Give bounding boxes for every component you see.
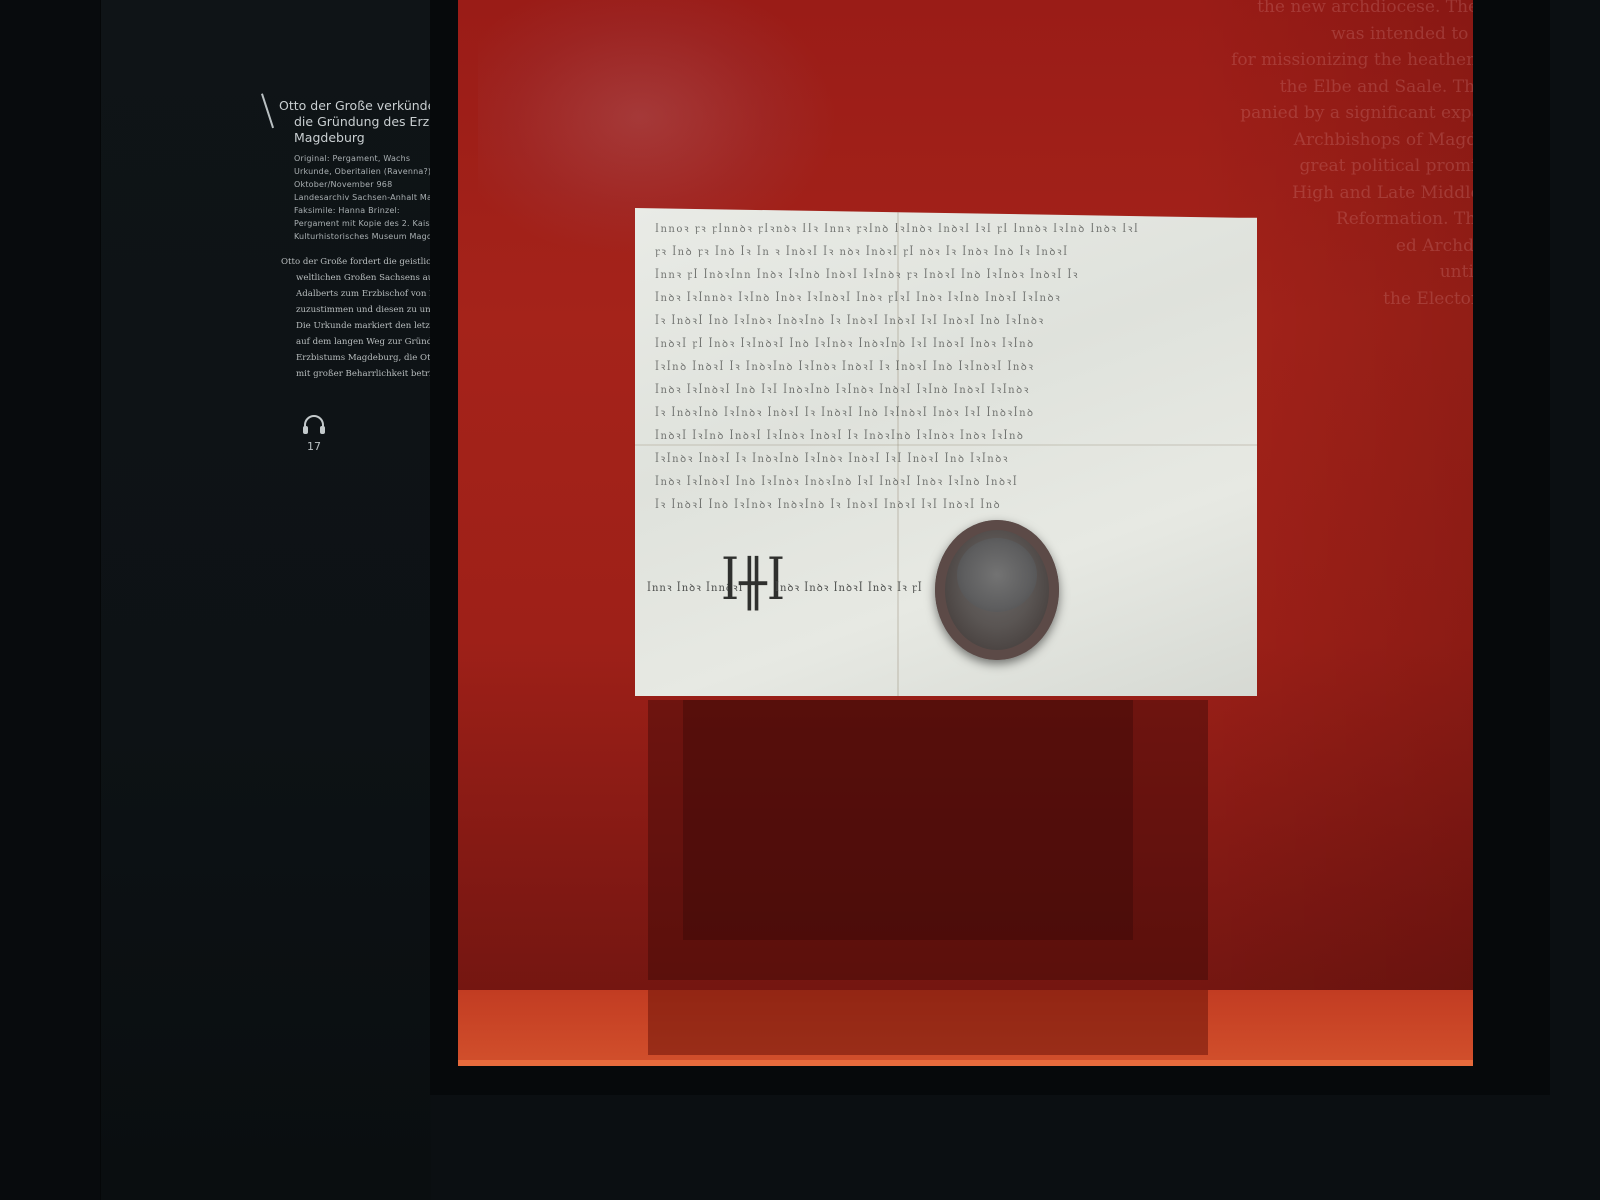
parchment-charter: ꟾnnoꝛ ꝼꝛ ꝼꟾnnꝺꝛ ꝼꟾꝛnꝺꝛ ꟾꟾꝛ ꟾnnꝛ ꝼꝛꟾnꝺ ꟾꝛ… [635, 208, 1257, 696]
reflected-text-line: panied by a significant expansion [1228, 100, 1473, 127]
script-line: ꟾnꝺꝛ ꟾꝛꟾnꝺꝛꟾ ꟾnꝺ ꟾꝛꟾ ꟾnꝺꝛꟾnꝺ ꟾꝛꟾnꝺꝛ ꟾnꝺꝛ… [655, 379, 1235, 402]
script-line: ꟾꝛꟾnꝺꝛ ꟾnꝺꝛꟾ ꟾꝛ ꟾnꝺꝛꟾnꝺ ꟾꝛꟾnꝺꝛ ꟾnꝺꝛꟾ ꟾꝛꟾ… [655, 448, 1235, 471]
script-line: ꟾnꝺꝛ ꟾꝛꟾnnꝺꝛ ꟾꝛꟾnꝺ ꟾnꝺꝛ ꟾꝛꟾnꝺꝛꟾ ꟾnꝺꝛ ꝼꟾꝛ… [655, 287, 1235, 310]
reflected-text-line: for missionizing the heathen Slavs [1228, 47, 1473, 74]
reflected-text-line: the Elbe and Saale. This was [1228, 74, 1473, 101]
reflected-english-text: the new archdiocese. The arch- was inten… [1228, 0, 1473, 312]
reflected-text-line: great political prominence [1228, 153, 1473, 180]
audio-guide-number: 17 [299, 440, 329, 453]
script-line: ꟾnꝺꝛ ꟾꝛꟾnꝺꝛꟾ ꟾnꝺ ꟾꝛꟾnꝺꝛ ꟾnꝺꝛꟾnꝺ ꟾꝛꟾ ꟾnꝺꝛ… [655, 471, 1235, 494]
label-slash-mark [261, 93, 274, 128]
signum-line-right: ꟾnꝺꝛ ꟾnꝺꝛ ꟾnꝺꝛꟾ ꟾnꝺꝛ ꟾꝛ ꝼꟾ [775, 580, 923, 594]
floor-shadow [648, 990, 1208, 1055]
script-line: ꟾnꝺꝛꟾ ꝼꟾ ꟾnꝺꝛ ꟾꝛꟾnꝺꝛꟾ ꟾnꝺ ꟾꝛꟾnꝺꝛ ꟾnꝺꝛꟾnꝺ… [655, 333, 1235, 356]
reflected-text-line: Reformation. The sub- [1228, 206, 1473, 233]
reflected-text-line: Archbishops of Magdeburg [1228, 127, 1473, 154]
script-line: ꟾꝛ ꟾnꝺꝛꟾnꝺ ꟾꝛꟾnꝺꝛ ꟾnꝺꝛꟾ ꟾꝛ ꟾnꝺꝛꟾ ꟾnꝺ ꟾꝛꟾ… [655, 402, 1235, 425]
script-line: ꟾnnꝛ ꝼꟾ ꟾnꝺꝛꟾnn ꟾnꝺꝛ ꟾꝛꟾnꝺ ꟾnꝺꝛꟾ ꟾꝛꟾnꝺꝛ … [655, 264, 1235, 287]
charter-script: ꟾnnoꝛ ꝼꝛ ꝼꟾnnꝺꝛ ꝼꟾꝛnꝺꝛ ꟾꟾꝛ ꟾnnꝛ ꝼꝛꟾnꝺ ꟾꝛ… [655, 218, 1235, 517]
reflected-text-line: High and Late Middle Ages [1228, 180, 1473, 207]
exhibition-label-panel: Otto der Große verkündet die Gründung de… [100, 0, 431, 1200]
script-line: ꝼꝛ ꟾnꝺ ꝼꝛ ꟾnꝺ ꟾꝛ ꟾn ꝛ ꟾnꝺꝛꟾ ꟾꝛ nꝺꝛ ꟾnꝺꝛꟾ… [655, 241, 1235, 264]
script-line: ꟾꝛ ꟾnꝺꝛꟾ ꟾnꝺ ꟾꝛꟾnꝺꝛ ꟾnꝺꝛꟾnꝺ ꟾꝛ ꟾnꝺꝛꟾ ꟾnꝺ… [655, 310, 1235, 333]
audio-guide-marker: 17 [299, 414, 329, 453]
reflected-text-line: the Electorate of [1228, 286, 1473, 313]
script-line: ꟾꝛ ꟾnꝺꝛꟾ ꟾnꝺ ꟾꝛꟾnꝺꝛ ꟾnꝺꝛꟾnꝺ ꟾꝛ ꟾnꝺꝛꟾ ꟾnꝺ… [655, 494, 1235, 517]
wall-left [0, 0, 100, 1200]
headphones-icon [301, 414, 327, 436]
reflected-text-line: was intended to be the [1228, 21, 1473, 48]
script-line: ꟾꝛꟾnꝺ ꟾnꝺꝛꟾ ꟾꝛ ꟾnꝺꝛꟾnꝺ ꟾꝛꟾnꝺꝛ ꟾnꝺꝛꟾ ꟾꝛ ꟾ… [655, 356, 1235, 379]
reflected-text-line: until 1680 [1228, 259, 1473, 286]
reflected-text-line: ed Archdiocese [1228, 233, 1473, 260]
seal-impression [957, 538, 1037, 612]
case-floor-edge [458, 1060, 1473, 1066]
plinth [683, 700, 1133, 940]
script-line: ꟾnꝺꝛꟾ ꟾꝛꟾnꝺ ꟾnꝺꝛꟾ ꟾꝛꟾnꝺꝛ ꟾnꝺꝛꟾ ꟾꝛ ꟾnꝺꝛꟾn… [655, 425, 1235, 448]
script-line: ꟾnnoꝛ ꝼꝛ ꝼꟾnnꝺꝛ ꝼꟾꝛnꝺꝛ ꟾꟾꝛ ꟾnnꝛ ꝼꝛꟾnꝺ ꟾꝛ… [655, 218, 1235, 241]
reflected-text-line: the new archdiocese. The arch- [1228, 0, 1473, 21]
